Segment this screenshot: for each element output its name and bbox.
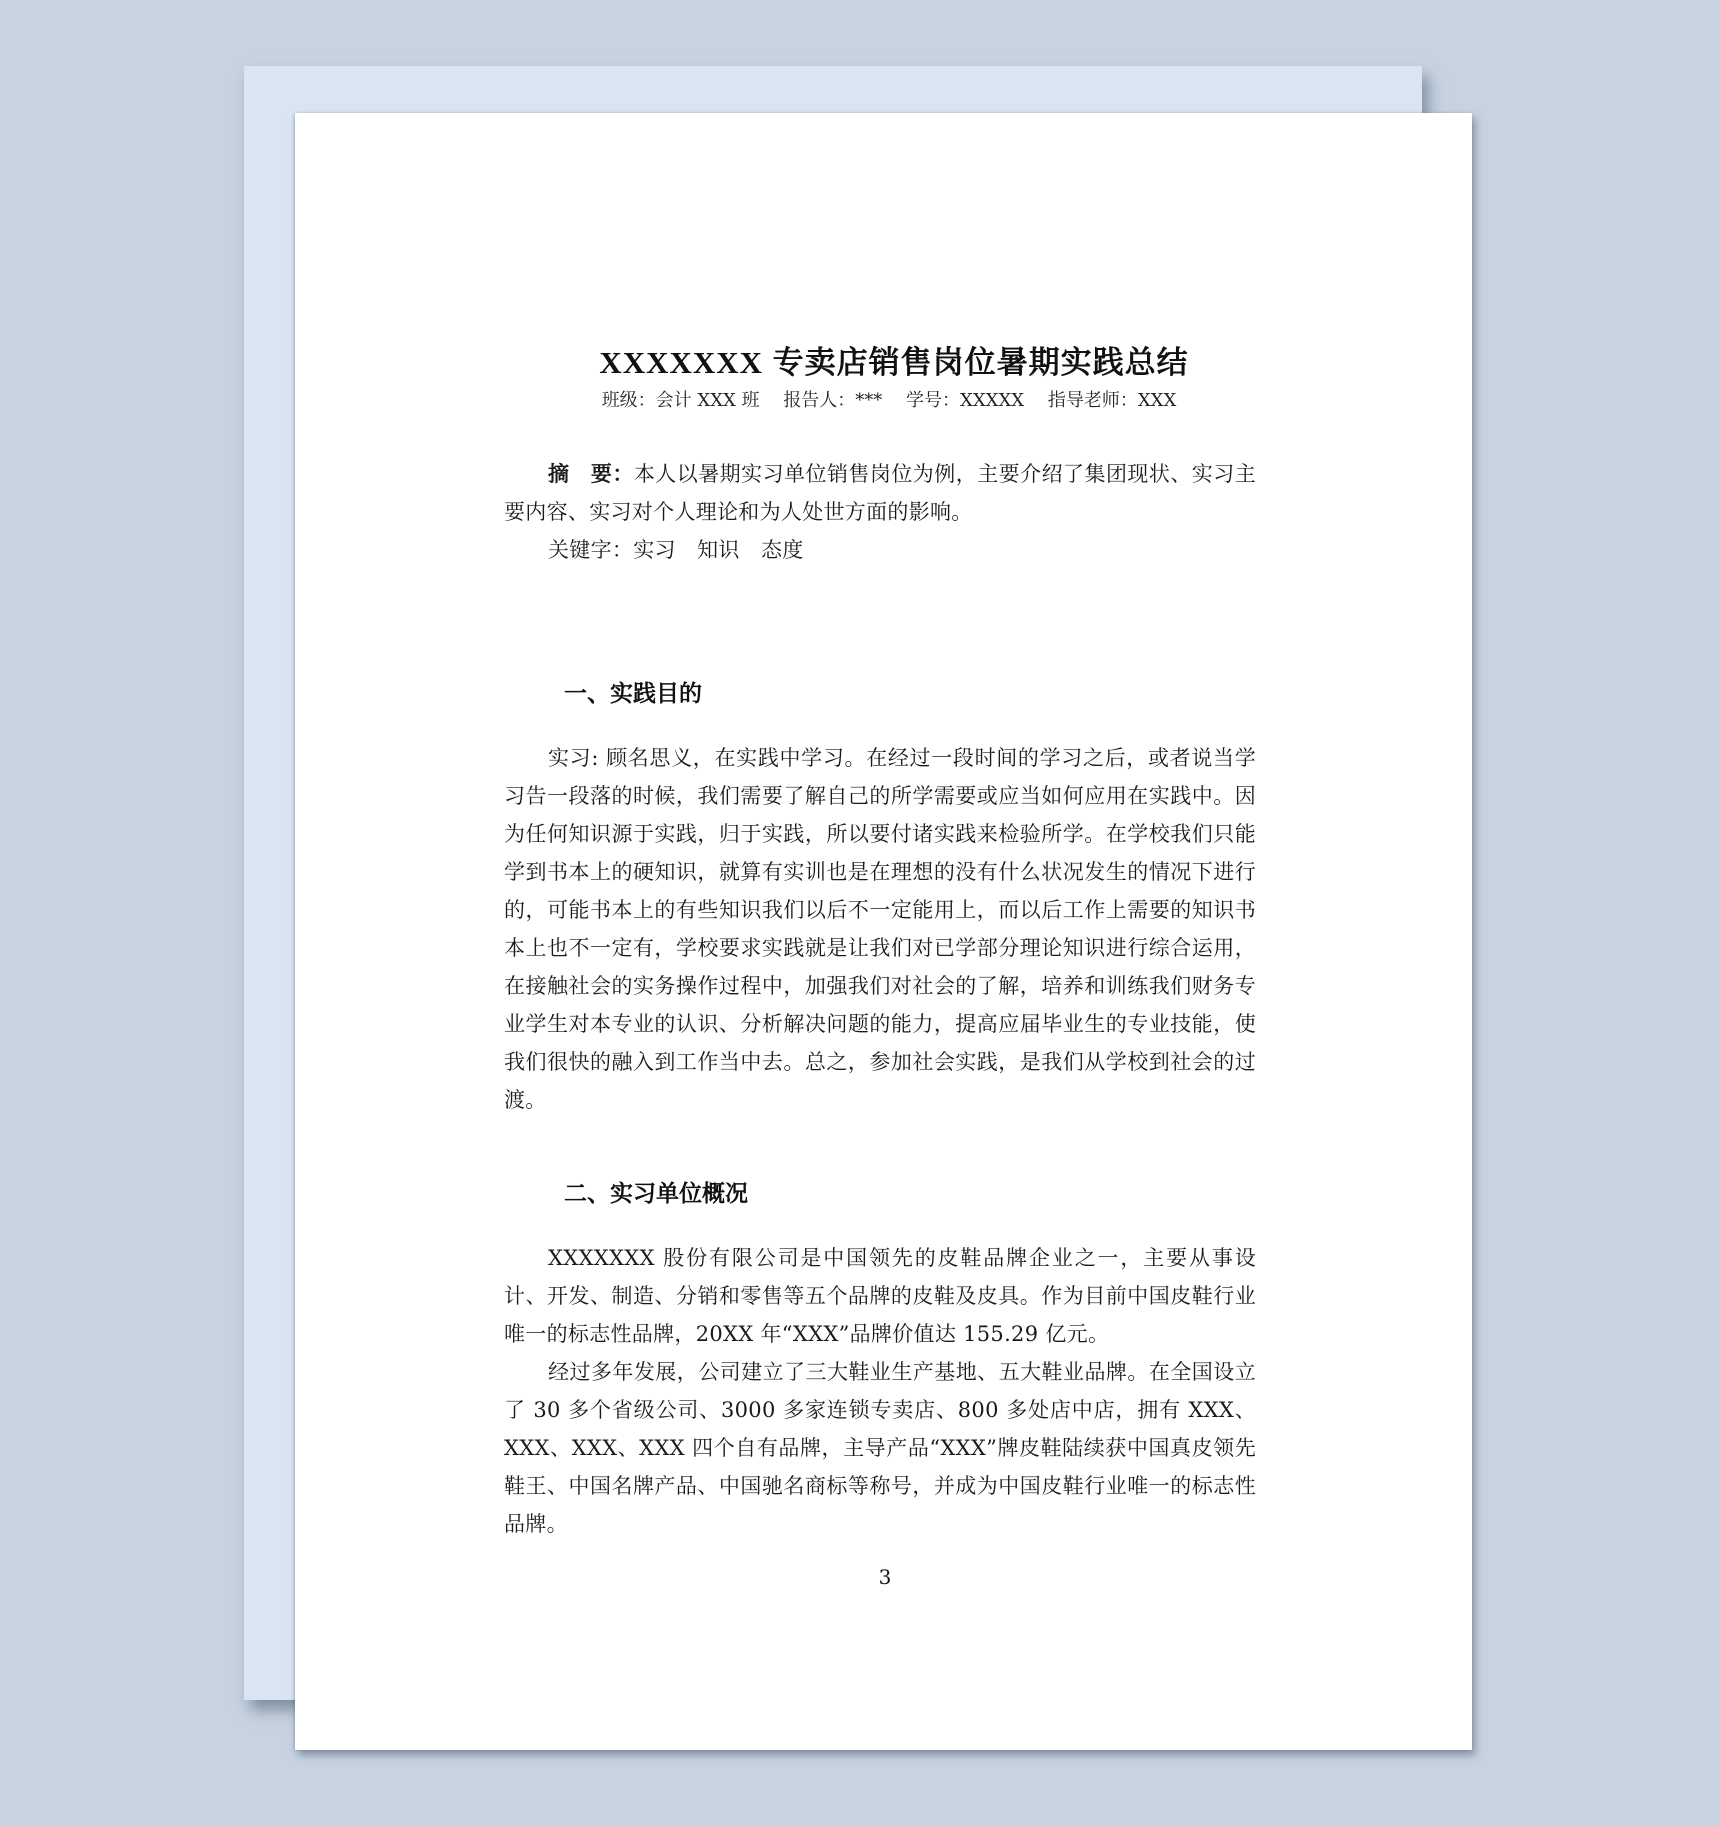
abstract-label: 摘 要：	[548, 461, 634, 486]
section-2-paragraph-1: XXXXXXX 股份有限公司是中国领先的皮鞋品牌企业之一，主要从事设计、开发、制…	[504, 1239, 1256, 1353]
title-text: 专卖店销售岗位暑期实践总结	[763, 345, 1189, 380]
document-title: XXXXXXX 专卖店销售岗位暑期实践总结	[504, 337, 1284, 382]
author-meta-line: 班级：会计 XXX 班 报告人：*** 学号：XXXXX 指导老师：XXX	[504, 386, 1274, 412]
section-2-paragraph-2: 经过多年发展，公司建立了三大鞋业生产基地、五大鞋业品牌。在全国设立了 30 多个…	[504, 1353, 1256, 1543]
meta-reporter: 报告人：***	[783, 390, 882, 411]
abstract-paragraph: 摘 要：本人以暑期实习单位销售岗位为例，主要介绍了集团现状、实习主要内容、实习对…	[504, 455, 1256, 531]
section-heading-1: 一、实践目的	[564, 675, 702, 708]
page-number: 3	[504, 1565, 1266, 1589]
keywords-text: 实习 知识 态度	[633, 538, 803, 562]
meta-advisor: 指导老师：XXX	[1048, 390, 1176, 411]
meta-class: 班级：会计 XXX 班	[602, 390, 760, 411]
document-page: XXXXXXX 专卖店销售岗位暑期实践总结 班级：会计 XXX 班 报告人：**…	[295, 113, 1472, 1750]
meta-student-id: 学号：XXXXX	[906, 390, 1024, 411]
section-1-paragraph-1: 实习: 顾名思义，在实践中学习。在经过一段时间的学习之后，或者说当学习告一段落的…	[504, 739, 1256, 1119]
section-heading-2: 二、实习单位概况	[564, 1175, 748, 1208]
keywords-label: 关键字：	[548, 538, 633, 562]
keywords-line: 关键字：实习 知识 态度	[504, 531, 1256, 569]
title-brand: XXXXXXX	[599, 345, 763, 380]
